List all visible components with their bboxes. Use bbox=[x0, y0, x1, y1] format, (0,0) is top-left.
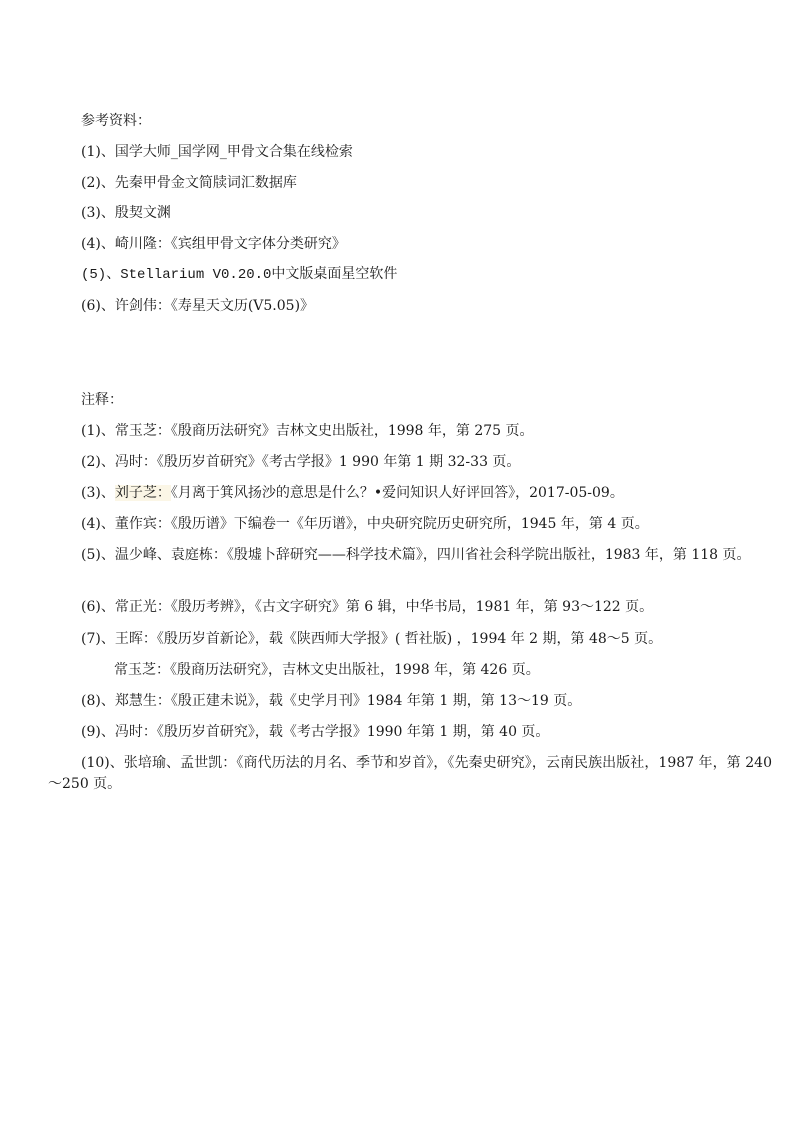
note-item-10: (10)、张培瑜、孟世凯：《商代历法的月名、季节和岁首》，《先秦史研究》，云南民… bbox=[48, 753, 772, 795]
note-item-1: (1)、常玉芝：《殷商历法研究》吉林文史出版社，1998 年，第 275 页。 bbox=[81, 422, 534, 440]
reference-item-1: (1)、国学大师_国学网_甲骨文合集在线检索 bbox=[81, 143, 353, 161]
note-item-7-continuation: 常玉芝：《殷商历法研究》，吉林文史出版社，1998 年，第 426 页。 bbox=[114, 661, 540, 679]
reference-item-6: (6)、许剑伟：《寿星天文历(V5.05)》 bbox=[81, 297, 314, 315]
notes-heading: 注释： bbox=[81, 391, 123, 409]
note-item-9: (9)、冯时：《殷历岁首研究》，载《考古学报》1990 年第 1 期，第 40 … bbox=[81, 723, 549, 741]
note-item-3-rest: 《月离于箕风扬沙的意思是什么？•爱问知识人好评回答》，2017-05-09。 bbox=[171, 485, 624, 501]
reference-item-2: (2)、先秦甲骨金文简牍词汇数据库 bbox=[81, 174, 297, 192]
reference-item-4: (4)、崎川隆：《宾组甲骨文字体分类研究》 bbox=[81, 235, 346, 253]
note-item-2: (2)、冯时：《殷历岁首研究》《考古学报》1 990 年第 1 期 32-33 … bbox=[81, 453, 520, 471]
note-item-3-prefix: (3)、 bbox=[81, 485, 115, 501]
note-item-3-author-highlight: 刘子芝： bbox=[115, 485, 171, 501]
reference-item-5: (5)、Stellarium V0.20.0中文版桌面星空软件 bbox=[81, 266, 397, 284]
note-item-6: (6)、常正光：《殷历考辨》，《古文字研究》第 6 辑，中华书局，1981 年，… bbox=[81, 598, 653, 616]
reference-item-3: (3)、殷契文渊 bbox=[81, 204, 171, 222]
note-item-8: (8)、郑慧生：《殷正建未说》，载《史学月刊》1984 年第 1 期，第 13～… bbox=[81, 692, 581, 710]
note-item-4: (4)、董作宾：《殷历谱》下编卷一《年历谱》，中央研究院历史研究所，1945 年… bbox=[81, 515, 649, 533]
note-item-3: (3)、刘子芝：《月离于箕风扬沙的意思是什么？•爱问知识人好评回答》，2017-… bbox=[81, 484, 624, 502]
references-heading: 参考资料： bbox=[81, 112, 151, 130]
note-item-5: (5)、温少峰、袁庭栋：《殷墟卜辞研究——科学技术篇》，四川省社会科学院出版社，… bbox=[48, 545, 772, 566]
note-item-7: (7)、王晖：《殷历岁首新论》，载《陕西师大学报》( 哲社版) ，1994 年 … bbox=[81, 630, 662, 648]
